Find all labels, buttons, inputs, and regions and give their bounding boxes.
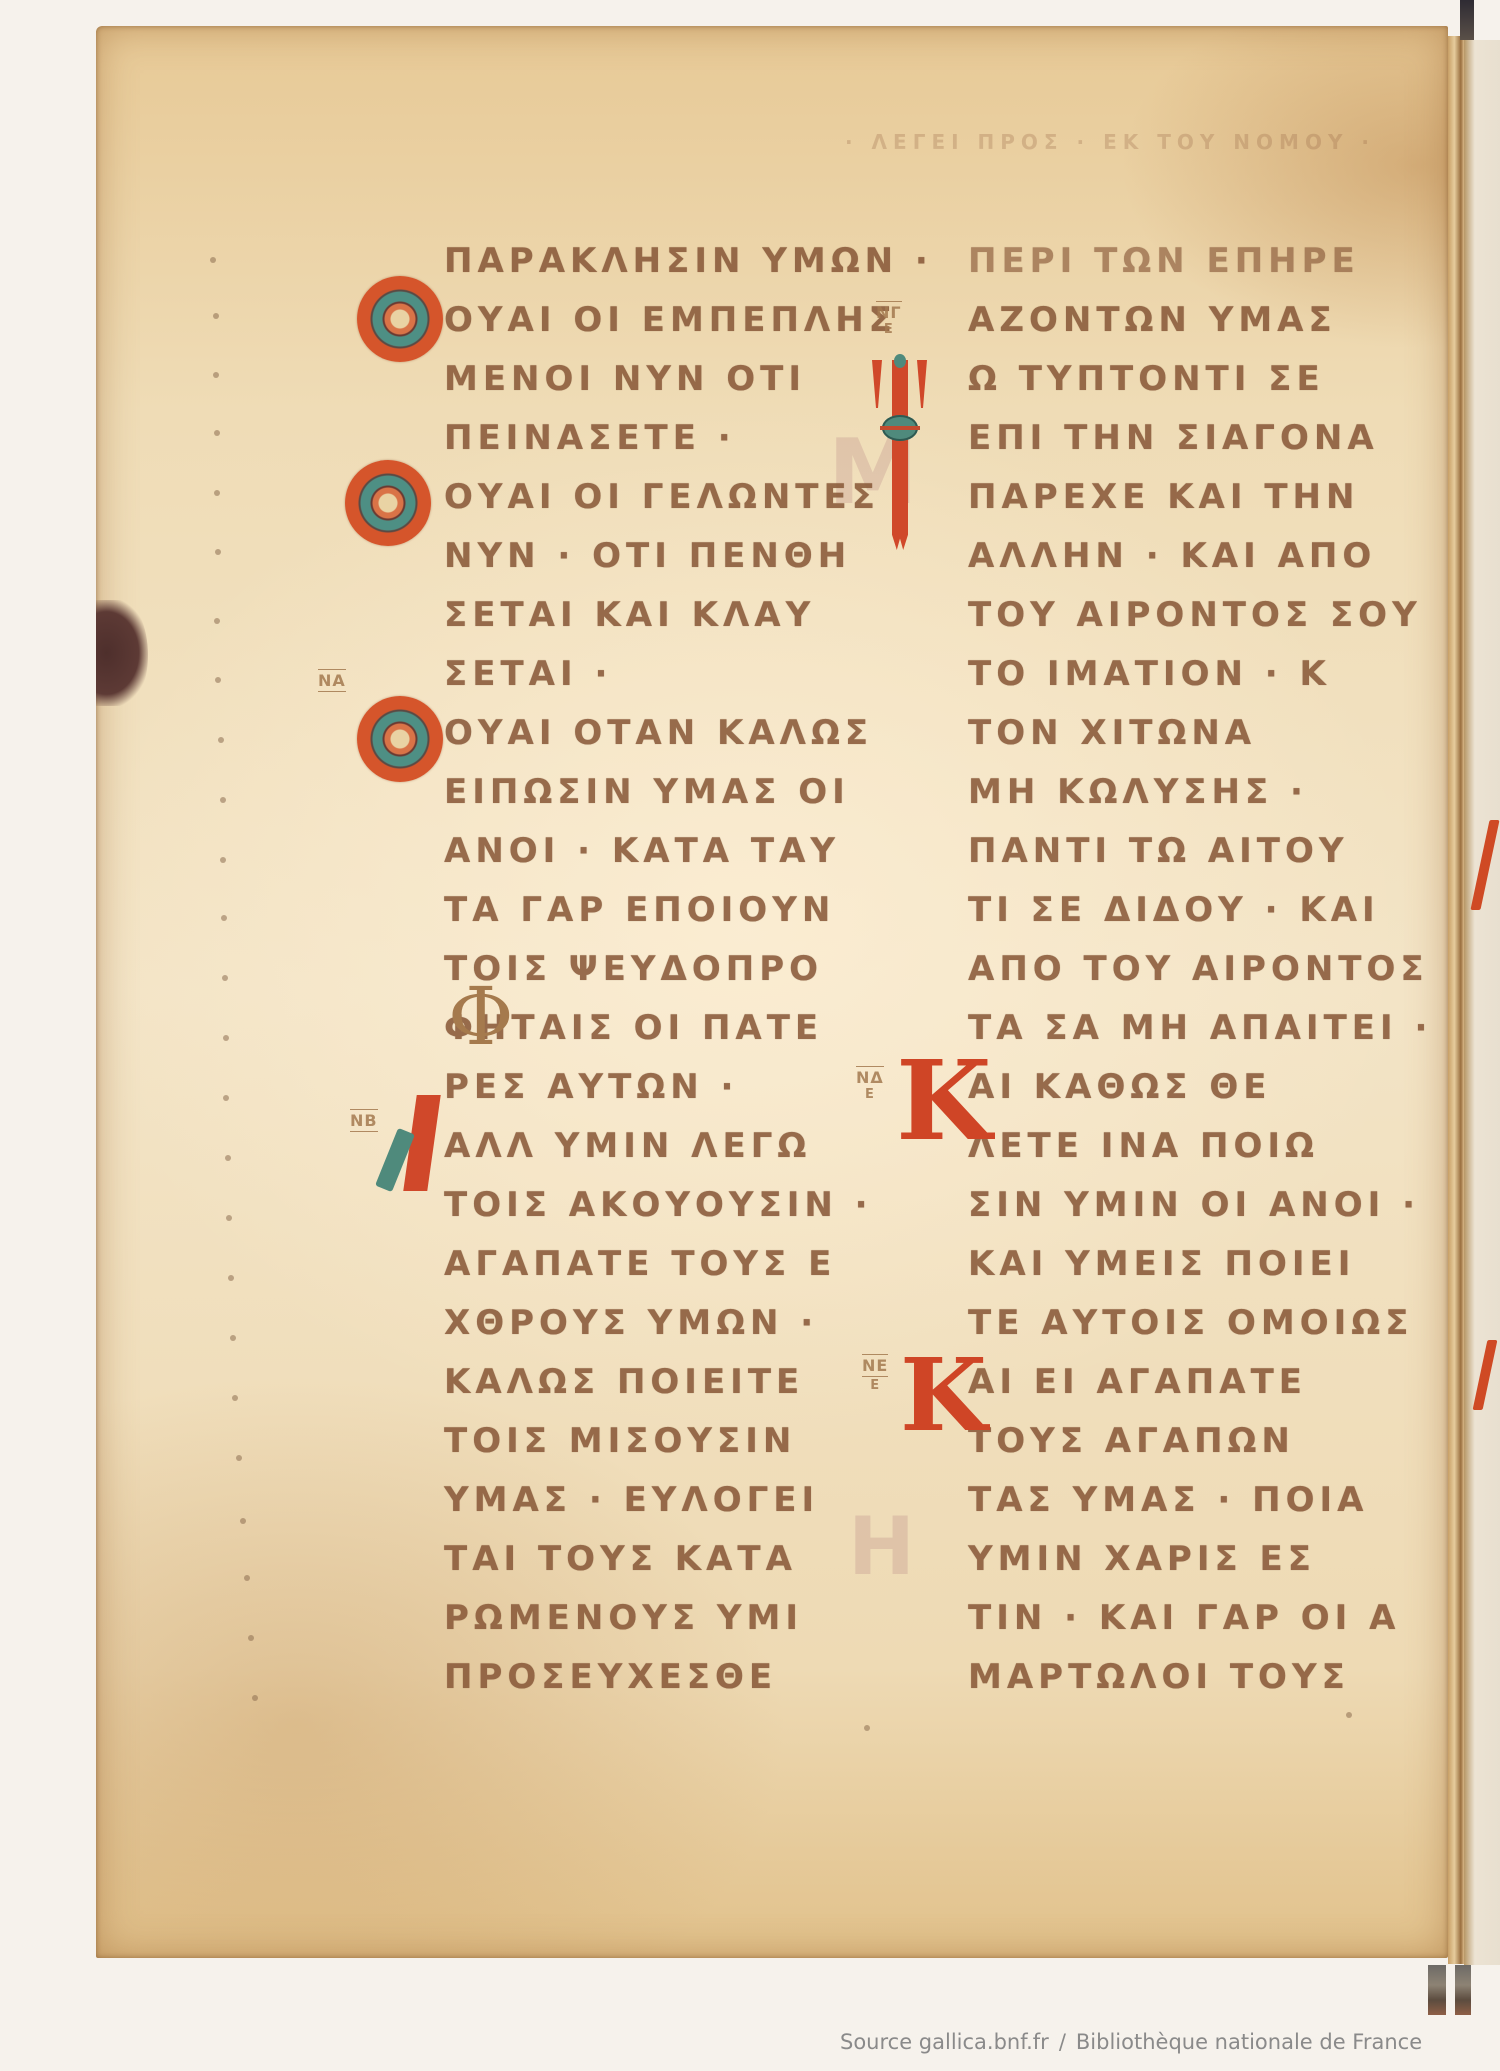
text-line: ΤΑΣ ΥΜΑΣ · ΠΟΙΑ — [968, 1471, 1432, 1530]
text-line: ΜΑΡΤΩΛΟΙ ΤΟΥΣ — [968, 1648, 1432, 1707]
text-column-right: ΠΕΡΙ ΤΩΝ ΕΠΗΡΕ ΑΖΟΝΤΩΝ ΥΜΑΣ Ω ΤΥΠΤΟΝΤΙ Σ… — [968, 232, 1432, 1707]
ekthesis-initial-phi: Φ — [448, 970, 514, 1063]
institution-name: Bibliothèque nationale de France — [1076, 2030, 1422, 2054]
binding-marbled-edge — [1455, 1965, 1471, 2015]
eusebian-section-number: ΝΑ — [318, 668, 346, 693]
image-viewer: · ΛΕΓΕΙ ΠΡΟΣ · ΕΚ ΤΟΥ ΝΟΜΟΥ · Μ Η ΠΑΡΑΚΛ… — [0, 0, 1500, 2071]
text-line: ΤΙ ΣΕ ΔΙΔΟΥ · ΚΑΙ — [968, 881, 1432, 940]
text-line: ΠΕΙΝΑΣΕΤΕ · — [444, 409, 933, 468]
text-line: ΑΠΟ ΤΟΥ ΑΙΡΟΝΤΟΣ — [968, 940, 1432, 999]
text-line: ΑΓΑΠΑΤΕ ΤΟΥΣ Ε — [444, 1235, 933, 1294]
text-line: ΤΑ ΣΑ ΜΗ ΑΠΑΙΤΕΙ · — [968, 999, 1432, 1058]
source-credit: Source gallica.bnf.fr/Bibliothèque natio… — [840, 2030, 1422, 2054]
text-line: ΤΟΙΣ ΜΙΣΟΥΣΙΝ — [444, 1412, 933, 1471]
text-line: Ω ΤΥΠΤΟΝΤΙ ΣΕ — [968, 350, 1432, 409]
text-line: ΜΕΝΟΙ ΝΥΝ ΟΤΙ — [444, 350, 933, 409]
ink-stain — [96, 600, 148, 706]
text-line: ΟΥΑΙ ΟΙ ΕΜΠΕΠΛΗΣ — [444, 291, 933, 350]
text-line: ΦΗΤΑΙΣ ΟΙ ΠΑΤΕ — [444, 999, 933, 1058]
text-line: ΣΙΝ ΥΜΙΝ ΟΙ ΑΝΟΙ · — [968, 1176, 1432, 1235]
text-line: ΚΑΛΩΣ ΠΟΙΕΙΤΕ — [444, 1353, 933, 1412]
text-line: ΤΕ ΑΥΤΟΙΣ ΟΜΟΙΩΣ — [968, 1294, 1432, 1353]
text-line: ΠΕΡΙ ΤΩΝ ΕΠΗΡΕ — [968, 232, 1432, 291]
adjacent-initial-mark — [1470, 820, 1499, 910]
adjacent-page-edge — [1464, 40, 1500, 1965]
roundel-initial-omicron — [357, 276, 443, 362]
text-line: ΠΡΟΣΕΥΧΕΣΘΕ — [444, 1648, 933, 1707]
binding-marbled-edge — [1428, 1965, 1446, 2015]
text-line: ΤΟΥΣ ΑΓΑΠΩΝ — [968, 1412, 1432, 1471]
text-line: ΕΠΙ ΤΗΝ ΣΙΑΓΟΝΑ — [968, 409, 1432, 468]
text-line: ΥΜΑΣ · ΕΥΛΟΓΕΙ — [444, 1471, 933, 1530]
text-line: ΤΟΝ ΧΙΤΩΝΑ — [968, 704, 1432, 763]
text-line: ΛΕΤΕ ΙΝΑ ΠΟΙΩ — [968, 1117, 1432, 1176]
text-line: ΠΑΡΑΚΛΗΣΙΝ ΥΜΩΝ · — [444, 232, 933, 291]
text-line: ΟΥΑΙ ΟΙ ΓΕΛΩΝΤΕΣ — [444, 468, 933, 527]
separator: / — [1059, 2030, 1066, 2054]
text-line: ΥΜΙΝ ΧΑΡΙΣ ΕΣ — [968, 1530, 1432, 1589]
text-line: ΤΟΙΣ ΑΚΟΥΟΥΣΙΝ · — [444, 1176, 933, 1235]
text-line: ΡΩΜΕΝΟΥΣ ΥΜΙ — [444, 1589, 933, 1648]
rubric-initial-kappa: K — [900, 1345, 987, 1445]
roundel-initial-omicron — [357, 696, 443, 782]
text-line: ΜΗ ΚΩΛΥΣΗΣ · — [968, 763, 1432, 822]
text-column-left: ΠΑΡΑΚΛΗΣΙΝ ΥΜΩΝ · ΟΥΑΙ ΟΙ ΕΜΠΕΠΛΗΣ ΜΕΝΟΙ… — [444, 232, 933, 1707]
text-line: ΤΙΝ · ΚΑΙ ΓΑΡ ΟΙ Α — [968, 1589, 1432, 1648]
roundel-initial-omicron — [345, 460, 431, 546]
adjacent-initial-mark — [1473, 1340, 1498, 1410]
text-line: ΤΟΥ ΑΙΡΟΝΤΟΣ ΣΟΥ — [968, 586, 1432, 645]
text-line: ΤΟ ΙΜΑΤΙΟΝ · Κ — [968, 645, 1432, 704]
text-line: ΑΖΟΝΤΩΝ ΥΜΑΣ — [968, 291, 1432, 350]
text-line: ΧΘΡΟΥΣ ΥΜΩΝ · — [444, 1294, 933, 1353]
source-link[interactable]: Source gallica.bnf.fr — [840, 2030, 1049, 2054]
text-line: ΕΙΠΩΣΙΝ ΥΜΑΣ ΟΙ — [444, 763, 933, 822]
text-line: ΣΕΤΑΙ · — [444, 645, 933, 704]
text-line: ΤΑΙ ΤΟΥΣ ΚΑΤΑ — [444, 1530, 933, 1589]
binding-edge — [1460, 0, 1474, 40]
eusebian-section-number: ΝΕΕ — [862, 1353, 888, 1393]
text-line: ΣΕΤΑΙ ΚΑΙ ΚΛΑΥ — [444, 586, 933, 645]
text-line: ΤΑ ΓΑΡ ΕΠΟΙΟΥΝ — [444, 881, 933, 940]
text-line: ΑΛΛ ΥΜΙΝ ΛΕΓΩ — [444, 1117, 933, 1176]
text-line: ΠΑΝΤΙ ΤΩ ΑΙΤΟΥ — [968, 822, 1432, 881]
text-line: ΑΙ ΚΑΘΩΣ ΘΕ — [968, 1058, 1432, 1117]
eusebian-section-number: ΝΔΕ — [856, 1065, 884, 1102]
rubric-initial-tau — [872, 360, 932, 550]
text-line: ΝΥΝ · ΟΤΙ ΠΕΝΘΗ — [444, 527, 933, 586]
text-line: ΤΟΙΣ ΨΕΥΔΟΠΡΟ — [444, 940, 933, 999]
folio-edge — [1448, 36, 1464, 1964]
text-line: ΑΝΟΙ · ΚΑΤΑ ΤΑΥ — [444, 822, 933, 881]
running-header-bleedthrough: · ΛΕΓΕΙ ΠΡΟΣ · ΕΚ ΤΟΥ ΝΟΜΟΥ · — [845, 130, 1375, 154]
eusebian-section-number: ΝΒ — [350, 1108, 378, 1133]
text-line: ΑΙ ΕΙ ΑΓΑΠΑΤΕ — [968, 1353, 1432, 1412]
rubric-initial-kappa: K — [896, 1046, 992, 1156]
text-line: ΠΑΡΕΧΕ ΚΑΙ ΤΗΝ — [968, 468, 1432, 527]
eusebian-section-number: ΝΓΕ — [876, 300, 902, 337]
rubric-initial-alpha — [378, 1095, 448, 1195]
text-line: ΟΥΑΙ ΟΤΑΝ ΚΑΛΩΣ — [444, 704, 933, 763]
text-line: ΑΛΛΗΝ · ΚΑΙ ΑΠΟ — [968, 527, 1432, 586]
text-line: ΚΑΙ ΥΜΕΙΣ ΠΟΙΕΙ — [968, 1235, 1432, 1294]
